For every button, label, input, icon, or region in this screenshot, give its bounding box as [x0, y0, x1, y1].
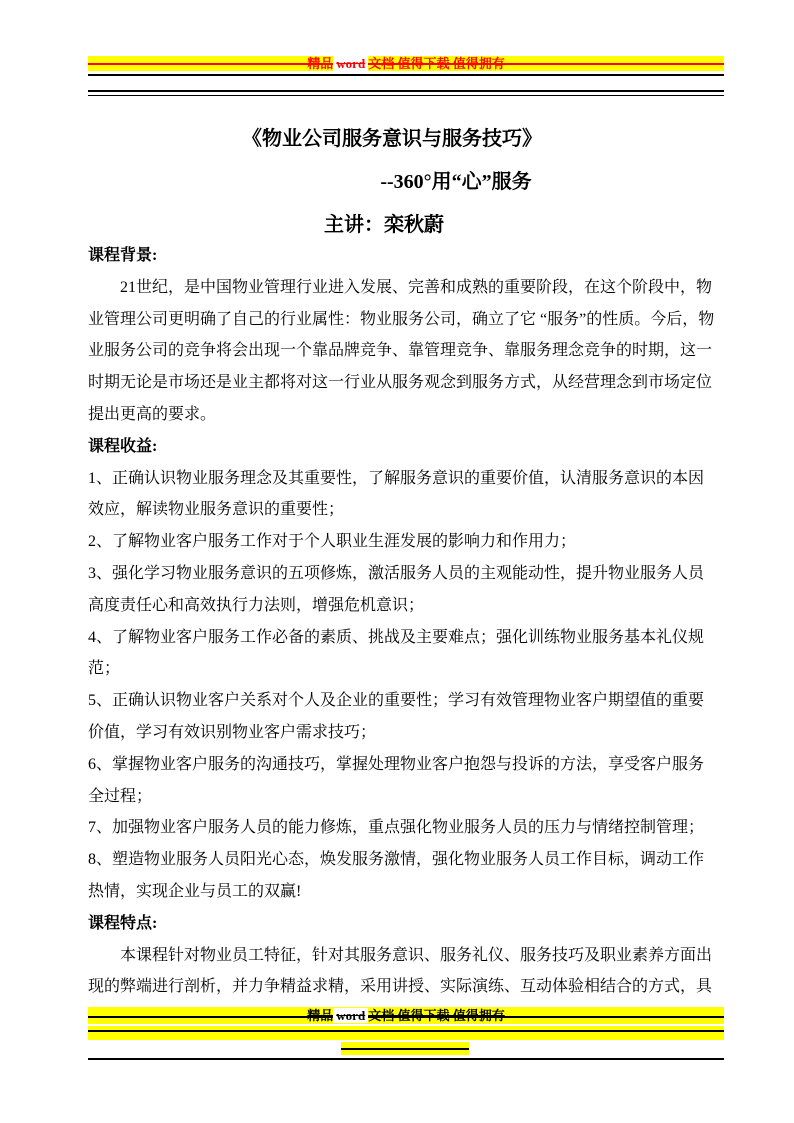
bottom-strip-line: [88, 1030, 724, 1032]
document-title: 《物业公司服务意识与服务技巧》: [78, 126, 706, 152]
document-subtitle: --360°用“心”服务: [142, 169, 770, 195]
lecturer-line: 主讲：栾秋蔚: [70, 212, 698, 238]
benefit-item: 6、掌握物业客户服务的沟通技巧，掌握处理物业客户抱怨与投诉的方法，享受客户服务全…: [88, 749, 716, 813]
bottom-highlight-strip-small: [341, 1042, 469, 1055]
top-banner: 精品word文档 值得下载 值得拥有: [88, 56, 724, 71]
section-heading-benefits: 课程收益:: [88, 431, 716, 463]
top-banner-prefix: 精品: [307, 56, 333, 71]
bottom-banner: 精品word文档 值得下载 值得拥有: [88, 1007, 724, 1024]
benefit-item: 4、了解物业客户服务工作必备的素质、挑战及主要难点；强化训练物业服务基本礼仪规范…: [88, 622, 716, 686]
bottom-banner-prefix: 精品: [307, 1008, 333, 1023]
top-banner-suffix: 文档 值得下载 值得拥有: [368, 56, 505, 71]
benefit-item: 7、加强物业客户服务人员的能力修炼，重点强化物业服务人员的压力与情绪控制管理；: [88, 812, 716, 844]
paragraph-features: 本课程针对物业员工特征，针对其服务意识、服务礼仪、服务技巧及职业素养方面出现的弊…: [88, 940, 716, 1004]
document-page: 精品word文档 值得下载 值得拥有 《物业公司服务意识与服务技巧》 --360…: [0, 0, 794, 1123]
bottom-banner-word: word: [333, 1008, 368, 1023]
bottom-small-strip-line: [341, 1048, 469, 1050]
top-banner-word: word: [333, 56, 368, 71]
section-heading-background: 课程背景:: [88, 240, 716, 272]
bottom-highlight-strip: [88, 1026, 724, 1040]
benefit-item: 8、塑造物业服务人员阳光心态，焕发服务激情，强化物业服务人员工作目标，调动工作热…: [88, 844, 716, 908]
bottom-banner-suffix: 文档 值得下载 值得拥有: [368, 1008, 505, 1023]
header-underline: [88, 74, 724, 76]
section-heading-features: 课程特点:: [88, 908, 716, 940]
benefit-item: 2、了解物业客户服务工作对于个人职业生涯发展的影响力和作用力；: [88, 526, 716, 558]
benefit-item: 1、正确认识物业服务理念及其重要性，了解服务意识的重要价值，认清服务意识的本因效…: [88, 463, 716, 527]
paragraph-background: 21世纪，是中国物业管理行业进入发展、完善和成熟的重要阶段，在这个阶段中，物业管…: [88, 272, 716, 431]
top-banner-text: 精品word文档 值得下载 值得拥有: [88, 56, 724, 71]
benefit-item: 3、强化学习物业服务意识的五项修炼，激活服务人员的主观能动性，提升物业服务人员高…: [88, 558, 716, 622]
document-content: 《物业公司服务意识与服务技巧》 --360°用“心”服务 主讲：栾秋蔚 课程背景…: [88, 126, 716, 1003]
benefit-item: 5、正确认识物业客户关系对个人及企业的重要性；学习有效管理物业客户期望值的重要价…: [88, 685, 716, 749]
footer-border-line: [88, 1058, 724, 1060]
header-double-border: [88, 90, 724, 96]
bottom-banner-text: 精品word文档 值得下载 值得拥有: [88, 1007, 724, 1024]
